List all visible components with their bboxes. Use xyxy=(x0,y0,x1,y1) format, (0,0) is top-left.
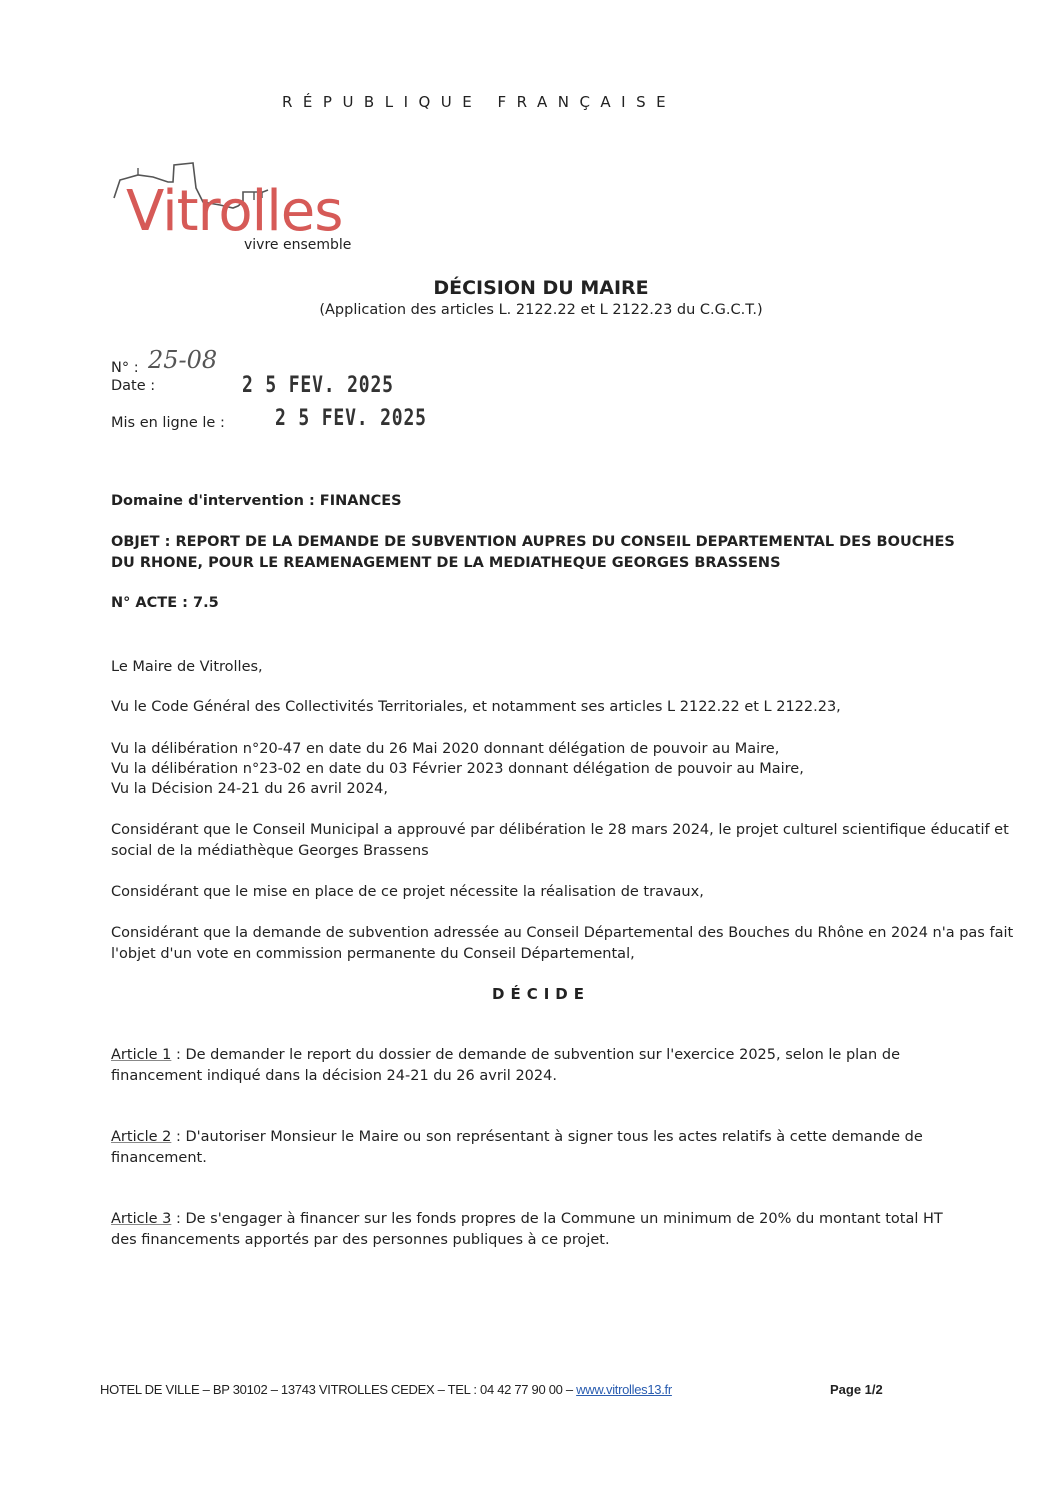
article-3-text: : De s'engager à financer sur les fonds … xyxy=(111,1211,943,1248)
article-3-label: Article 3 xyxy=(111,1211,171,1227)
considerant-3: Considérant que la demande de subvention… xyxy=(111,923,1016,965)
considerant-2: Considérant que le mise en place de ce p… xyxy=(111,882,1011,903)
considerant-1: Considérant que le Conseil Municipal a a… xyxy=(111,820,1011,862)
article-1-text: : De demander le report du dossier de de… xyxy=(111,1047,900,1084)
vu-code: Vu le Code Général des Collectivités Ter… xyxy=(111,697,1011,718)
decision-number: 25-08 xyxy=(148,346,217,374)
logo-tagline: vivre ensemble xyxy=(244,238,351,252)
date-label: Date : xyxy=(111,378,155,394)
vu-decision: Vu la Décision 24-21 du 26 avril 2024, xyxy=(111,779,1011,800)
page-number: Page 1/2 xyxy=(830,1382,883,1397)
number-label: N° : xyxy=(111,360,139,376)
objet: OBJET : REPORT DE LA DEMANDE DE SUBVENTI… xyxy=(111,532,971,574)
decide-heading: DÉCIDE xyxy=(0,985,1058,1003)
article-3: Article 3 : De s'engager à financer sur … xyxy=(111,1209,951,1251)
document-title: DÉCISION DU MAIRE xyxy=(0,277,1058,299)
footer-address: HOTEL DE VILLE – BP 30102 – 13743 VITROL… xyxy=(100,1382,890,1397)
article-1: Article 1 : De demander le report du dos… xyxy=(111,1045,951,1087)
document-subtitle: (Application des articles L. 2122.22 et … xyxy=(0,302,1058,318)
vu-deliberation-2: Vu la délibération n°23-02 en date du 03… xyxy=(111,759,1011,780)
vu-deliberation-1: Vu la délibération n°20-47 en date du 26… xyxy=(111,739,1011,760)
maire-intro: Le Maire de Vitrolles, xyxy=(111,657,1011,678)
date-stamp: 2 5 FEV. 2025 xyxy=(242,373,394,398)
online-date-stamp: 2 5 FEV. 2025 xyxy=(275,406,427,431)
domaine-intervention: Domaine d'intervention : FINANCES xyxy=(111,493,402,509)
website-link[interactable]: www.vitrolles13.fr xyxy=(576,1382,672,1397)
footer-address-text: HOTEL DE VILLE – BP 30102 – 13743 VITROL… xyxy=(100,1382,576,1397)
article-1-label: Article 1 xyxy=(111,1047,171,1063)
article-2-text: : D'autoriser Monsieur le Maire ou son r… xyxy=(111,1129,923,1166)
article-2-label: Article 2 xyxy=(111,1129,171,1145)
article-2: Article 2 : D'autoriser Monsieur le Mair… xyxy=(111,1127,951,1169)
republique-francaise-heading: RÉPUBLIQUE FRANÇAISE xyxy=(282,93,676,111)
logo-wordmark: Vitrolles xyxy=(126,184,342,240)
numero-acte: N° ACTE : 7.5 xyxy=(111,595,219,611)
online-date-label: Mis en ligne le : xyxy=(111,415,225,431)
vitrolles-logo: Vitrolles vivre ensemble xyxy=(108,150,388,260)
